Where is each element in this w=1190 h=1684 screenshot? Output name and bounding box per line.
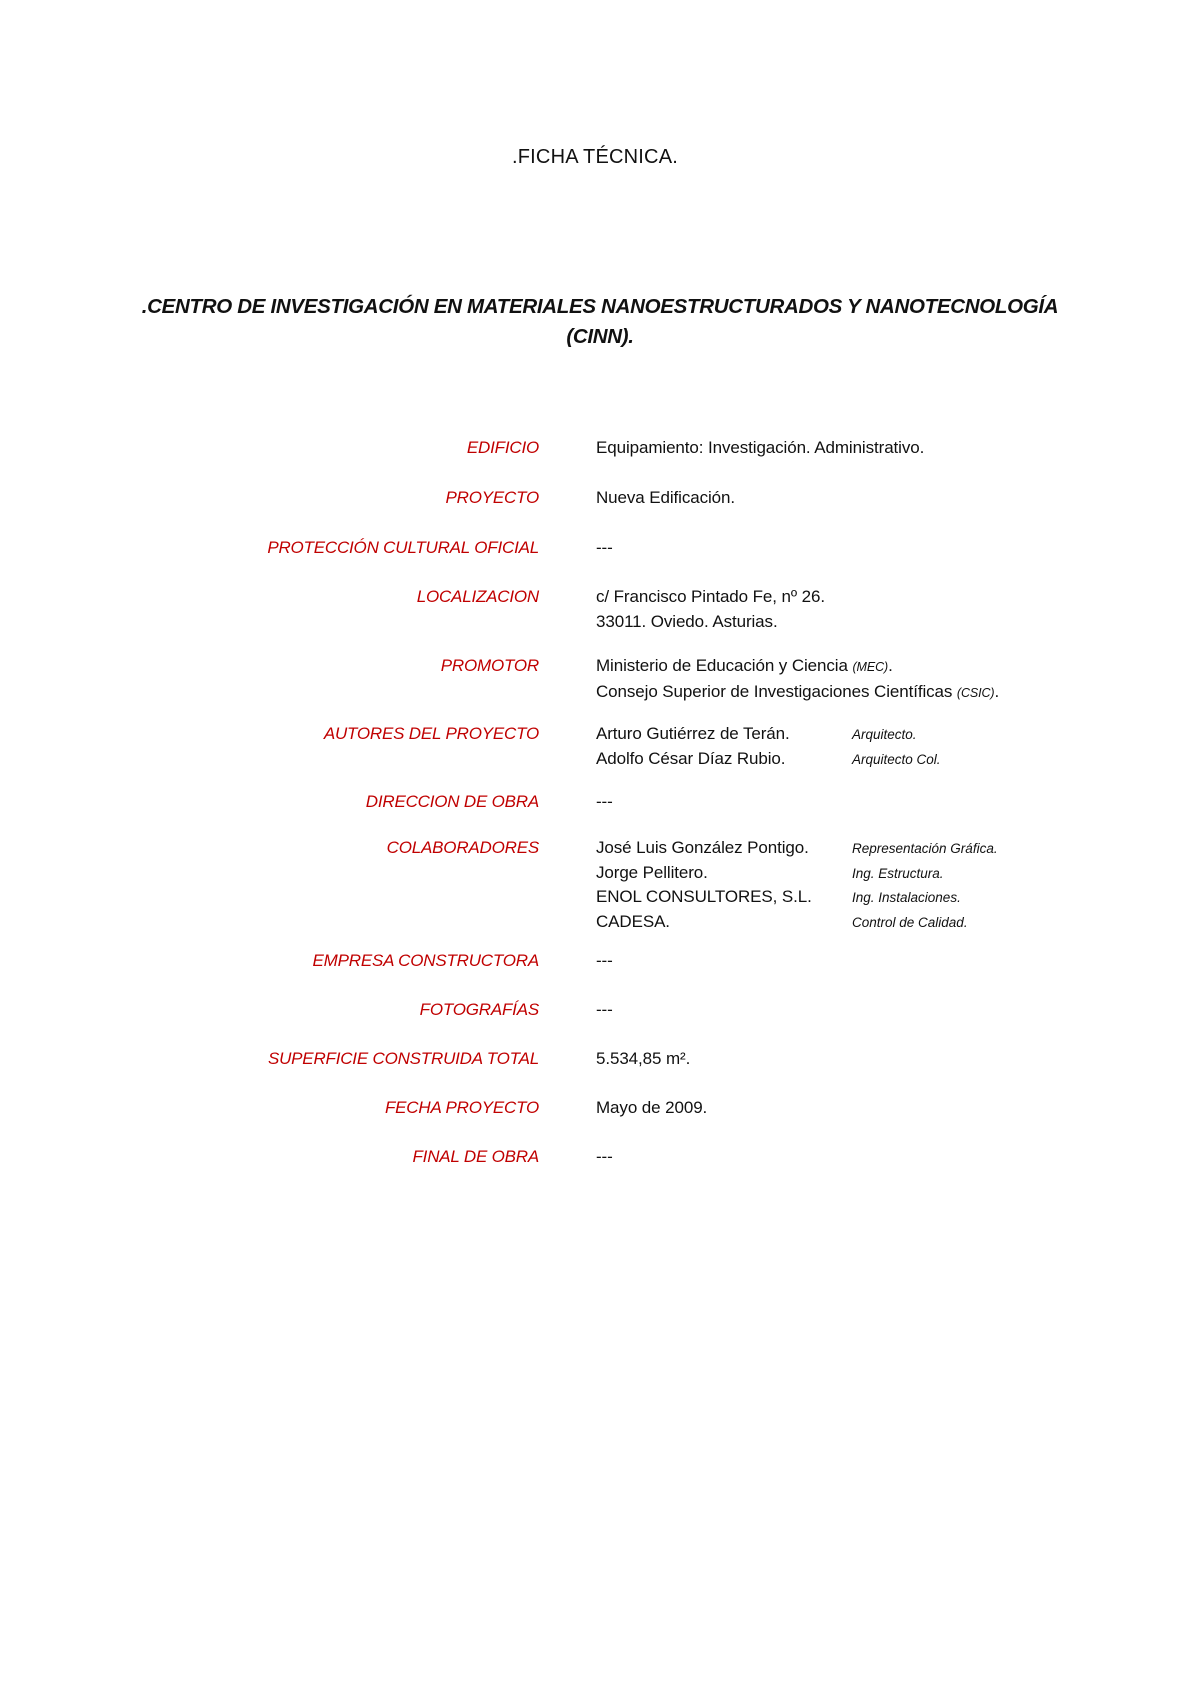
field-label: SUPERFICIE CONSTRUIDA TOTAL <box>268 1047 539 1071</box>
collaborator-role: Ing. Instalaciones. <box>852 886 961 911</box>
field-label: FINAL DE OBRA <box>412 1145 539 1169</box>
field-label: DIRECCION DE OBRA <box>366 790 539 814</box>
field-label: EMPRESA CONSTRUCTORA <box>313 949 539 973</box>
collaborator-role: Ing. Estructura. <box>852 862 944 887</box>
collaborator-role: Control de Calidad. <box>852 911 968 936</box>
author-role: Arquitecto Col. <box>852 748 941 773</box>
field-value: --- <box>596 536 613 561</box>
field-value: --- <box>596 998 613 1023</box>
field-label: PROTECCIÓN CULTURAL OFICIAL <box>267 536 539 560</box>
promotor-abbr: (CSIC) <box>957 686 995 700</box>
collaborator-name: Jorge Pellitero. <box>596 861 708 886</box>
collaborator-name: ENOL CONSULTORES, S.L. <box>596 885 812 910</box>
field-value: Equipamiento: Investigación. Administrat… <box>596 436 924 461</box>
field-value: Mayo de 2009. <box>596 1096 707 1121</box>
promotor-name: Ministerio de Educación y Ciencia <box>596 656 852 675</box>
field-label: FECHA PROYECTO <box>385 1096 539 1120</box>
field-value: Nueva Edificación. <box>596 486 735 511</box>
document-title: .FICHA TÉCNICA. <box>0 146 1190 169</box>
collaborator-role: Representación Gráfica. <box>852 837 998 862</box>
field-label: LOCALIZACION <box>417 585 539 609</box>
field-value: --- <box>596 949 613 974</box>
field-value: --- <box>596 1145 613 1170</box>
address-line: c/ Francisco Pintado Fe, nº 26. <box>596 585 825 610</box>
promotor-line: Ministerio de Educación y Ciencia (MEC). <box>596 654 999 680</box>
address-line: 33011. Oviedo. Asturias. <box>596 610 825 635</box>
field-label: EDIFICIO <box>467 436 539 460</box>
field-label: FOTOGRAFÍAS <box>420 998 539 1022</box>
field-label: AUTORES DEL PROYECTO <box>324 722 539 746</box>
promotor-line: Consejo Superior de Investigaciones Cien… <box>596 680 999 706</box>
author-name: Adolfo César Díaz Rubio. <box>596 747 785 772</box>
project-title: .CENTRO DE INVESTIGACIÓN EN MATERIALES N… <box>140 292 1060 352</box>
promotor-suffix: . <box>888 656 893 675</box>
collaborator-name: José Luis González Pontigo. <box>596 836 809 861</box>
promotor-name: Consejo Superior de Investigaciones Cien… <box>596 682 957 701</box>
author-name: Arturo Gutiérrez de Terán. <box>596 722 790 747</box>
field-label: PROYECTO <box>446 486 540 510</box>
promotor-suffix: . <box>995 682 1000 701</box>
field-value: 5.534,85 m². <box>596 1047 690 1072</box>
promotor-abbr: (MEC) <box>852 660 888 674</box>
field-label: PROMOTOR <box>441 654 539 678</box>
collaborator-name: CADESA. <box>596 910 670 935</box>
field-value: --- <box>596 790 613 815</box>
field-label: COLABORADORES <box>387 836 539 860</box>
author-role: Arquitecto. <box>852 723 917 748</box>
